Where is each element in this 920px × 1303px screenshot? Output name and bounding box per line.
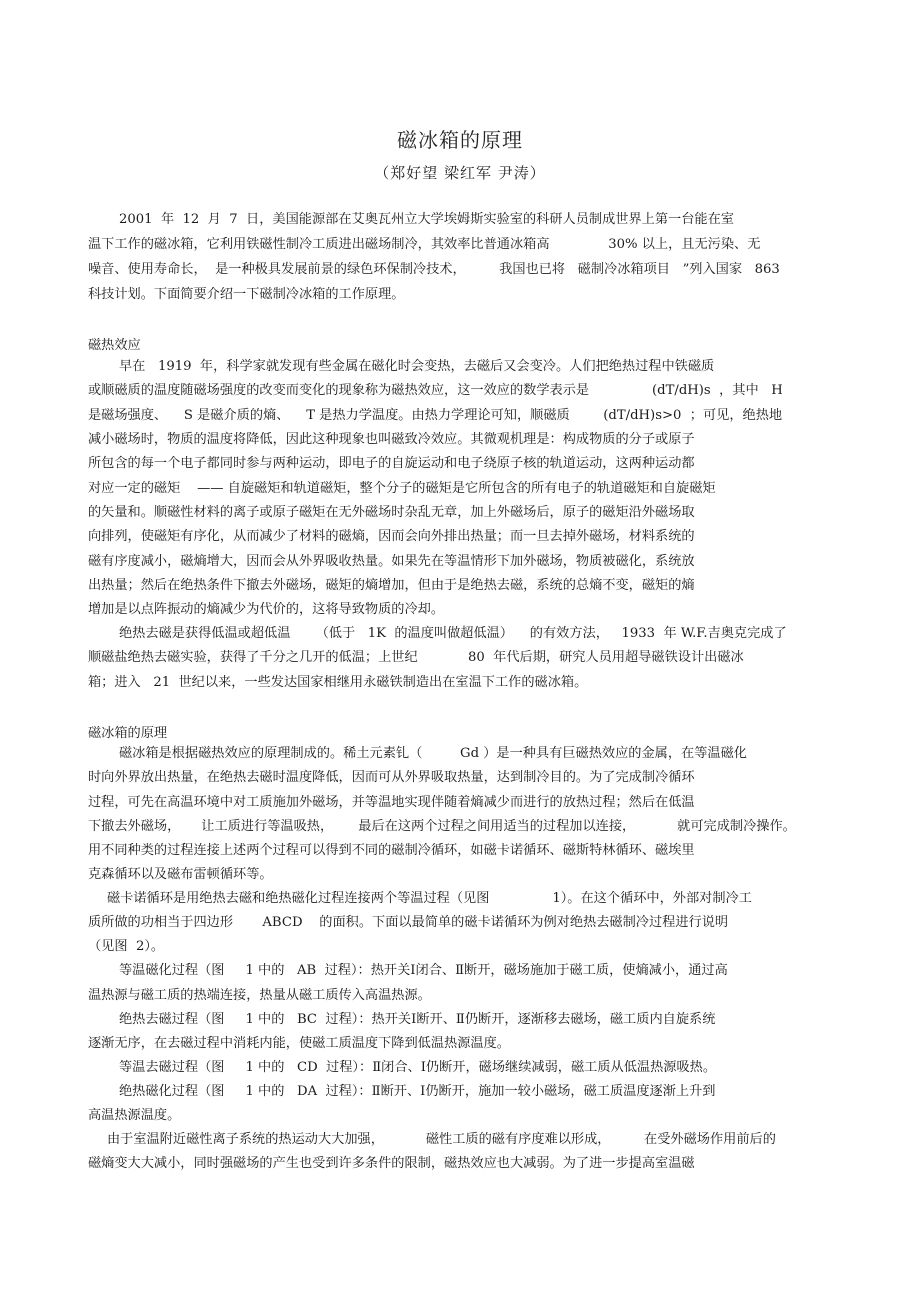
- text-line: 的矢量和。顺磁性材料的离子或原子磁矩在无外磁场时杂乱无章，加上外磁场后，原子的磁…: [88, 505, 695, 521]
- text-line: 是磁场强度、 S 是磁介质的熵、 T 是热力学温度。由热力学理论可知，顺磁质 (…: [88, 408, 782, 424]
- text-line: 磁熵变大大减小，同时强磁场的产生也受到许多条件的限制，磁热效应也大减弱。为了进一…: [88, 1156, 695, 1172]
- text-line: 或顺磁质的温度随磁场强度的改变而变化的现象称为磁热效应，这一效应的数学表示是 (…: [88, 383, 783, 399]
- text-line: 过程，可先在高温环境中对工质施加外磁场，并等温地实现伴随着熵减少而进行的放热过程…: [88, 795, 695, 811]
- text-line: 磁冰箱是根据磁热效应的原理制成的。稀土元素钆（ Gd ）是一种具有巨磁热效应的金…: [119, 746, 747, 762]
- text-line: 下撤去外磁场， 让工质进行等温吸热， 最后在这两个过程之间用适当的过程加以连接，…: [88, 819, 796, 835]
- text-line: 温下工作的磁冰箱，它利用铁磁性制冷工质进出磁场制冷，其效率比普通冰箱高 30% …: [88, 237, 760, 253]
- text-line: 2001 年 12 月 7 日，美国能源部在艾奥瓦州立大学埃姆斯实验室的科研人员…: [119, 212, 734, 228]
- text-line: 绝热磁化过程（图 1 中的 DA 过程）：Ⅱ断开、Ⅰ仍断开，施加一较小磁场，磁工…: [119, 1084, 715, 1100]
- text-line: 等温去磁过程（图 1 中的 CD 过程）：Ⅱ闭合、Ⅰ仍断开，磁场继续减弱，磁工质…: [119, 1060, 716, 1076]
- document-title: 磁冰箱的原理: [0, 124, 920, 153]
- text-line: 所包含的每一个电子都同时参与两种运动，即电子的自旋运动和电子绕原子核的轨道运动，…: [88, 456, 695, 472]
- text-line: 顺磁盐绝热去磁实验，获得了千分之几开的低温；上世纪 80 年代后期，研究人员用超…: [88, 650, 744, 666]
- text-line: 箱；进入 21 世纪以来，一些发达国家相继用永磁铁制造出在室温下工作的磁冰箱。: [88, 675, 587, 691]
- text-line: 用不同种类的过程连接上述两个过程可以得到不同的磁制冷循环，如磁卡诺循环、磁斯特林…: [88, 843, 695, 859]
- text-line: 由于室温附近磁性离子系统的热运动大大加强， 磁性工质的磁有序度难以形成， 在受外…: [107, 1132, 776, 1148]
- text-line: 质所做的功相当于四边形 ABCD 的面积。下面以最简单的磁卡诺循环为例对绝热去磁…: [88, 915, 728, 931]
- text-line: 高温热源温度。: [88, 1108, 180, 1124]
- text-line: 对应一定的磁矩 —— 自旋磁矩和轨道磁矩，整个分子的磁矩是它所包含的所有电子的轨…: [88, 481, 716, 497]
- text-line: 减小磁场时，物质的温度将降低，因此这种现象也叫磁致冷效应。其微观机理是：构成物质…: [88, 432, 695, 448]
- text-line: 克森循环以及磁布雷顿循环等。: [88, 867, 273, 883]
- text-line: 逐渐无序，在去磁过程中消耗内能，使磁工质温度下降到低温热源温度。: [88, 1036, 510, 1052]
- text-line: 温热源与磁工质的热端连接，热量从磁工质传入高温热源。: [88, 988, 431, 1004]
- text-line: 绝热去磁是获得低温或超低温 （低于 1K 的温度叫做超低温） 的有效方法， 19…: [119, 626, 787, 642]
- document-page: 磁冰箱的原理 （郑好望 梁红军 尹涛） 2001 年 12 月 7 日，美国能源…: [0, 0, 920, 1303]
- text-line: 出热量；然后在绝热条件下撤去外磁场，磁矩的熵增加，但由于是绝热去磁，系统的总熵不…: [88, 578, 695, 594]
- text-line: 向排列，使磁矩有序化，从而减少了材料的磁熵，因而会向外排出热量；而一旦去掉外磁场…: [88, 529, 695, 545]
- text-line: （见图 2）。: [88, 939, 164, 955]
- document-authors: （郑好望 梁红军 尹涛）: [0, 162, 920, 183]
- text-line: 绝热去磁过程（图 1 中的 BC 过程）：热开关Ⅰ断开、Ⅱ仍断开，逐渐移去磁场，…: [119, 1012, 715, 1028]
- text-line: 科技计划。下面简要介绍一下磁制冷冰箱的工作原理。: [88, 287, 405, 303]
- text-line: 等温磁化过程（图 1 中的 AB 过程）：热开关Ⅰ闭合、Ⅱ断开，磁场施加于磁工质…: [119, 963, 728, 979]
- section-heading: 磁冰箱的原理: [88, 722, 167, 741]
- text-line: 早在 1919 年，科学家就发现有些金属在磁化时会变热，去磁后又会变冷。人们把绝…: [119, 359, 714, 375]
- text-line: 增加是以点阵振动的熵减少为代价的，这将导致物质的冷却。: [88, 602, 444, 618]
- section-heading: 磁热效应: [88, 334, 141, 353]
- text-line: 时向外界放出热量，在绝热去磁时温度降低，因而可从外界吸取热量，达到制冷目的。为了…: [88, 770, 695, 786]
- text-line: 磁卡诺循环是用绝热去磁和绝热磁化过程连接两个等温过程（见图 1）。在这个循环中，…: [107, 891, 752, 907]
- text-line: 磁有序度减小，磁熵增大，因而会从外界吸收热量。如果先在等温情形下加外磁场，物质被…: [88, 554, 695, 570]
- text-line: 噪音、使用寿命长， 是一种极具发展前景的绿色环保制冷技术， 我国也已将 磁制冷冰…: [88, 262, 780, 278]
